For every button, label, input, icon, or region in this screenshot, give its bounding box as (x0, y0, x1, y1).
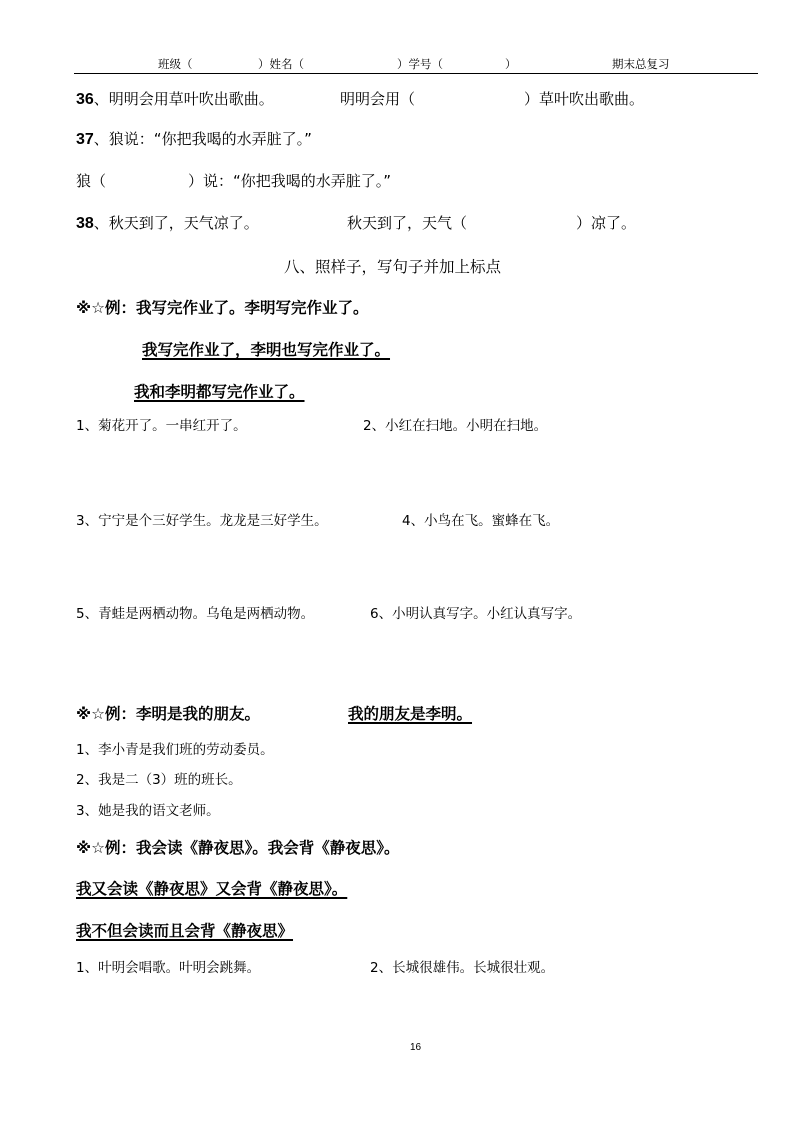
question-38: 38、秋天到了，天气凉了。 (76, 212, 259, 233)
exercise-item: 2、长城很雄伟。长城很壮观。 (370, 956, 554, 976)
exercise-item: 3、宁宁是个三好学生。龙龙是三好学生。 (76, 509, 328, 529)
question-36-rewrite: 明明会用（ (340, 88, 415, 109)
example-3-label: ※☆例：我会读《静夜思》。我会背《静夜思》。 (76, 836, 399, 858)
question-number: 38 (76, 215, 94, 232)
student-id-label: ）学号（ (397, 56, 443, 72)
exercise-item: 5、青蛙是两栖动物。乌龟是两栖动物。 (76, 602, 314, 622)
example-3-answer-1: 我又会读《静夜思》又会背《静夜思》。 (76, 877, 347, 899)
exercise-item: 4、小鸟在飞。蜜蜂在飞。 (402, 509, 559, 529)
question-38-rewrite-prefix: 秋天到了，天气（ (347, 212, 467, 233)
example-1-answer-2: 我和李明都写完作业了。 (134, 380, 305, 402)
rewrite-prefix: 明明会用（ (340, 90, 415, 108)
header-divider (74, 73, 758, 74)
exercise-item: 3、她是我的语文老师。 (76, 799, 220, 819)
exercise-item: 1、菊花开了。一串红开了。 (76, 414, 247, 434)
question-38-rewrite-suffix: ）凉了。 (576, 212, 636, 233)
page-number: 16 (410, 1042, 421, 1053)
example-1-answer-1: 我写完作业了，李明也写完作业了。 (142, 338, 390, 360)
question-number: 36 (76, 91, 94, 108)
example-2-label: ※☆例：李明是我的朋友。 (76, 702, 260, 724)
question-36-rewrite-suffix: ）草叶吹出歌曲。 (524, 88, 644, 109)
example-3-answer-2: 我不但会读而且会背《静夜思》 (76, 919, 293, 941)
question-36: 36、明明会用草叶吹出歌曲。 (76, 88, 274, 109)
question-37-rewrite-prefix: 狼（ (76, 170, 106, 191)
question-text: 、狼说：“你把我喝的水弄脏了。” (94, 130, 312, 148)
exercise-item: 1、李小青是我们班的劳动委员。 (76, 738, 274, 758)
question-number: 37 (76, 131, 94, 148)
exercise-item: 2、小红在扫地。小明在扫地。 (363, 414, 547, 434)
question-text: 、秋天到了，天气凉了。 (94, 214, 259, 232)
question-37-rewrite-suffix: ）说：“你把我喝的水弄脏了。” (188, 170, 391, 191)
exercise-item: 2、我是二（3）班的班长。 (76, 768, 242, 788)
section-title: 八、照样子，写句子并加上标点 (284, 255, 501, 277)
name-label: ）姓名（ (258, 56, 304, 72)
example-2-answer: 我的朋友是李明。 (348, 702, 472, 724)
class-label: 班级（ (158, 56, 193, 72)
exercise-item: 6、小明认真写字。小红认真写字。 (370, 602, 581, 622)
exercise-item: 1、叶明会唱歌。叶明会跳舞。 (76, 956, 260, 976)
question-37: 37、狼说：“你把我喝的水弄脏了。” (76, 128, 312, 149)
id-close-paren: ） (505, 56, 517, 72)
doc-title: 期末总复习 (612, 56, 670, 72)
example-1-label: ※☆例：我写完作业了。李明写完作业了。 (76, 296, 368, 318)
question-text: 、明明会用草叶吹出歌曲。 (94, 90, 274, 108)
